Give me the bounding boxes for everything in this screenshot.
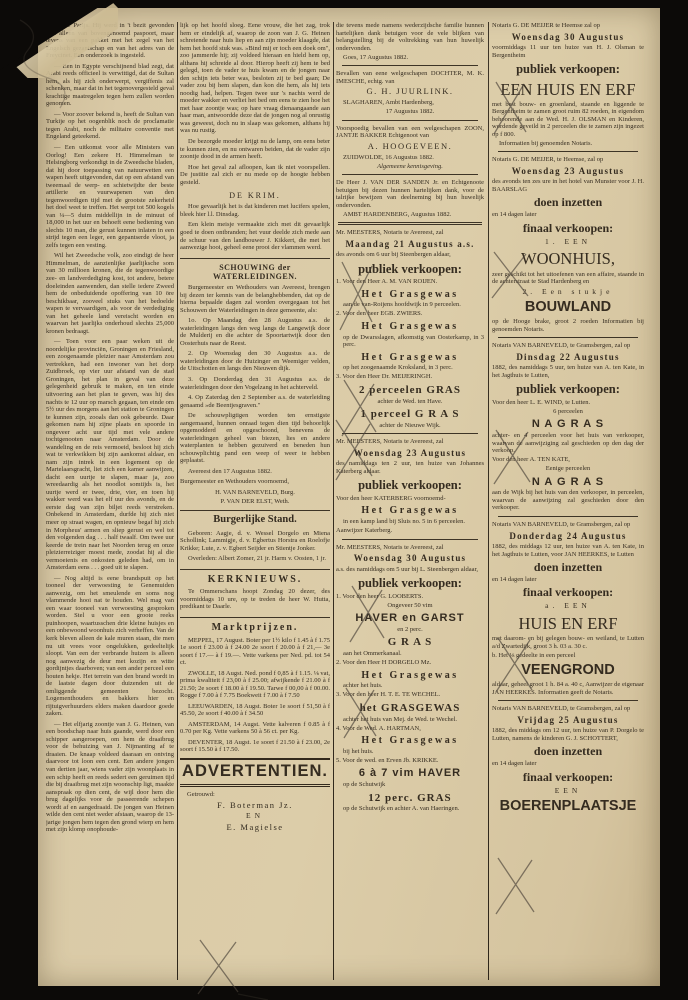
ad-line: 1. EEN bbox=[492, 238, 644, 247]
ad-line: G. H. JUURLINK. bbox=[336, 87, 484, 97]
section-heading: ADVERTENTIEN. bbox=[180, 758, 330, 787]
ad-line: met daarom- en bij gelegen bouw- en weil… bbox=[492, 635, 644, 650]
column-divider bbox=[177, 22, 178, 980]
ad-line: publiek verkoopen: bbox=[336, 262, 484, 277]
advertisement-block: Mr. MEESTERS, Notaris te Avereest, zalWo… bbox=[336, 544, 484, 813]
article-paragraph: Geboren: Aagje, d. v. Wessel Dorgelo en … bbox=[180, 530, 330, 553]
ad-line: 1. Voor den heer G. LOOBERTS. bbox=[336, 593, 484, 601]
advertisement-block: Notaris VAN BARNEVELD, te Gramsbergen, z… bbox=[492, 521, 644, 696]
article-paragraph: — Het elfjarig zoontje van J. G. Heinen,… bbox=[46, 721, 174, 834]
article-paragraph: — Een uitkomst voor alle Ministers van O… bbox=[46, 144, 174, 249]
column-4: Notaris G. DE MEIJER te Heemse zal opWoe… bbox=[492, 22, 644, 980]
ad-line: Woensdag 30 Augustus bbox=[492, 32, 644, 42]
ad-line: EEN HUIS EN ERF bbox=[492, 80, 644, 99]
ad-line: Notaris VAN BARNEVELD, te Gramsbergen, z… bbox=[492, 705, 644, 713]
ad-line: Vrijdag 25 Augustus bbox=[492, 715, 644, 725]
ad-line: Woensdag 23 Augustus bbox=[336, 448, 484, 458]
ad-line: Mr. MEESTERS, Notaris te Avereest, zal bbox=[336, 438, 484, 446]
column-divider bbox=[333, 22, 334, 980]
advertisement-block: Mr. MEESTERS, Notaris te Avereest, zalWo… bbox=[336, 438, 484, 534]
section-heading: DE KRIM. bbox=[180, 191, 330, 200]
ad-line: HAVER en GARST bbox=[336, 612, 484, 625]
ad-line: HUIS EN ERF bbox=[492, 614, 644, 633]
column-3: die tevens mede namens wederzijdsche fam… bbox=[336, 22, 484, 980]
ad-separator-rule bbox=[338, 222, 482, 225]
ad-separator-rule bbox=[342, 433, 478, 434]
ad-line: op de Schutwijk bbox=[336, 781, 484, 789]
article-paragraph: AMSTERDAM, 14 Augst. Vette kalveren f 0.… bbox=[180, 721, 330, 736]
ad-line: Bevallen van eene welgeschapen DOCHTER, … bbox=[336, 70, 484, 85]
advertisement-block: Voorspoedig bevallen van een welgeschape… bbox=[336, 125, 484, 170]
ad-line: Dinsdag 22 Augustus bbox=[492, 352, 644, 362]
article-paragraph: 3. Op Donderdag den 31 Augustus a.s. de … bbox=[180, 376, 330, 391]
column-1: Cercle te Parijs. Hij werd in 't bezit g… bbox=[46, 22, 174, 980]
ad-line: en 14 dagen later bbox=[492, 760, 644, 768]
ad-line: EN bbox=[180, 812, 330, 821]
article-paragraph: — Nog altijd is eene brandspuit op het t… bbox=[46, 575, 174, 718]
ad-line: op het zoogenaamde Kroksland, in 3 perc. bbox=[336, 364, 484, 372]
ad-line: Mr. MEESTERS, Notaris te Avereest, zal bbox=[336, 544, 484, 552]
ad-line: des avonds om 6 uur bij Steenbergen alda… bbox=[336, 251, 484, 259]
ad-line: finaal verkoopen: bbox=[492, 222, 644, 236]
ad-line: 3. Voor den Heer Dr. MEIJERINGH. bbox=[336, 373, 484, 381]
article-paragraph: ZWOLLE, 18 Augst. Ned. pond f 0,85 à f 1… bbox=[180, 670, 330, 700]
ad-line: Notaris VAN BARNEVELD, te Gramsbergen, z… bbox=[492, 342, 644, 350]
ad-line: Notaris VAN BARNEVELD, te Gramsbergen, z… bbox=[492, 521, 644, 529]
article-paragraph: Hoe het geval zal afloopen, kan ik niet … bbox=[180, 164, 330, 187]
ad-line: zeer geschikt tot het uitoefenen van een… bbox=[492, 271, 644, 286]
article-paragraph: — Een in Egypte verschijnend blad zegt, … bbox=[46, 63, 174, 108]
article-paragraph: — Voor zoover bekend is, heeft de Sultan… bbox=[46, 111, 174, 141]
article-paragraph: 4. Op Zaterdag den 2 September a.s. de w… bbox=[180, 394, 330, 409]
ad-line: VEENGROND bbox=[492, 662, 644, 679]
ad-line: 1882, des middags 12 uur, ten huize van … bbox=[492, 543, 644, 558]
ad-line: a.s. des namiddags om 5 uur bij L. Steen… bbox=[336, 566, 484, 574]
article-paragraph: DEVENTER, 18 Augst. 1e soort f 21.50 à f… bbox=[180, 739, 330, 754]
ad-line: b. Het ⅛ gedeelte in een perceel bbox=[492, 652, 644, 660]
ad-line: publiek verkoopen: bbox=[492, 382, 644, 397]
ad-separator-rule bbox=[498, 516, 638, 517]
article-paragraph: 2. Op Woensdag den 30 Augustus a.s. de w… bbox=[180, 350, 330, 373]
ad-line: H. VAN BARNEVELD, Burg. bbox=[180, 489, 330, 497]
ad-line: op de Schutwijk en achter A. van Haering… bbox=[336, 805, 484, 813]
ad-line: publiek verkoopen: bbox=[336, 576, 484, 591]
ad-line: doen inzetten bbox=[492, 561, 644, 575]
ad-separator-rule bbox=[498, 337, 638, 338]
ad-line: P. VAN DER ELST, Weth. bbox=[180, 498, 330, 506]
ad-line: voormiddags 11 uur ten huize van H. J. O… bbox=[492, 44, 644, 59]
ad-line: Maandag 21 Augustus a.s. bbox=[336, 239, 484, 249]
ad-line: publiek verkoopen: bbox=[336, 478, 484, 493]
ad-line: Voor den heer KATERBERG voornoemd- bbox=[336, 495, 484, 503]
ad-line: 12 perc. GRAS bbox=[336, 792, 484, 805]
article-paragraph: Te Ommerschans hoopt Zondag 20 dezer, de… bbox=[180, 588, 330, 611]
ad-line: BOERENPLAATSJE bbox=[492, 798, 644, 815]
ad-line: en 14 dagen later bbox=[492, 576, 644, 584]
ad-line: BOUWLAND bbox=[492, 299, 644, 316]
ad-line: 1. Voor den Heer A. M. VAN ROIJEN. bbox=[336, 278, 484, 286]
ad-line: 4. Voor de Wed. A. HARTMAN, bbox=[336, 725, 484, 733]
ad-line: Het Grasgewas bbox=[336, 505, 484, 517]
ad-line: Getrouwd: bbox=[180, 791, 330, 799]
ad-line: A. HOOGEVEEN. bbox=[336, 142, 484, 152]
column-layout: Cercle te Parijs. Hij werd in 't bezit g… bbox=[46, 22, 656, 980]
advertisement-block: Bevallen van eene welgeschapen DOCHTER, … bbox=[336, 70, 484, 115]
ad-line: die tevens mede namens wederzijdsche fam… bbox=[336, 22, 484, 52]
ad-line: G R A S bbox=[336, 636, 484, 649]
ad-separator-rule bbox=[498, 700, 638, 701]
ad-line: en 2 perc. bbox=[336, 626, 484, 634]
article-paragraph: Hoe gevaarlijk het is dat kinderen met l… bbox=[180, 203, 330, 218]
ad-line: Informatien bij genoemden Notaris. bbox=[492, 140, 644, 148]
advertisement-block: Getrouwd:F. Boterman Jz.ENE. Magielse bbox=[180, 791, 330, 833]
article-paragraph: De schouwpligtigen worden ten ernstigste… bbox=[180, 412, 330, 465]
ad-line: Algemeene kennisgeving. bbox=[336, 163, 484, 171]
ad-separator-rule bbox=[342, 539, 478, 540]
ad-line: aan de Wijk bij het huis van den verkoop… bbox=[492, 489, 644, 512]
ad-line: Voorspoedig bevallen van een welgeschape… bbox=[336, 125, 484, 140]
ad-line: doen inzetten bbox=[492, 745, 644, 759]
ad-line: Het Grasgewas bbox=[336, 289, 484, 301]
advertisement-block: Notaris G. DE MEIJER, te Heemse, zal opW… bbox=[492, 156, 644, 333]
ad-line: aan de van-Roijens hoofdwijk in 9 percee… bbox=[336, 301, 484, 309]
ad-line: 2. Voor den heer EGB. ZWIERS. bbox=[336, 310, 484, 318]
ad-line: 6 perceelen bbox=[492, 408, 644, 416]
ad-line: Het Grasgewas bbox=[336, 670, 484, 682]
ad-line: 2. Voor den Heer H DORGELO Mz. bbox=[336, 659, 484, 667]
ad-line: Voor den heer A. TEN KATE, bbox=[492, 456, 644, 464]
ad-line: N A G R A S bbox=[492, 418, 644, 431]
ad-line: in een kamp land bij Sluis no. 5 in 6 pe… bbox=[336, 518, 484, 526]
ad-line: Notaris G. DE MEIJER, te Heemse, zal op bbox=[492, 156, 644, 164]
ad-line: doen inzetten bbox=[492, 196, 644, 210]
ad-line: 6 à 7 vim HAVER bbox=[336, 767, 484, 780]
ad-line: bij het huis. bbox=[336, 748, 484, 756]
ad-line: Voor den heer L. E. WIND, te Lutten. bbox=[492, 399, 644, 407]
ad-separator-rule bbox=[342, 65, 478, 66]
article-paragraph: Avereest den 17 Augustus 1882. bbox=[180, 468, 330, 476]
ad-line: des avonds ten zes ure in het hotel van … bbox=[492, 178, 644, 193]
ad-line: E. Magielse bbox=[180, 823, 330, 833]
ad-line: aan het Ommerkanaal. bbox=[336, 650, 484, 658]
ad-line: 1882, des namiddags 5 uur, ten huize van… bbox=[492, 364, 644, 379]
ad-line: Donderdag 24 Augustus bbox=[492, 531, 644, 541]
article-paragraph: Burgemeester en Wethouders voornoemd, bbox=[180, 478, 330, 486]
advertisement-block: Notaris VAN BARNEVELD, te Gramsbergen, z… bbox=[492, 705, 644, 815]
ad-line: achter het huis. bbox=[336, 682, 484, 690]
ad-line: 2. Een stukje bbox=[492, 288, 644, 297]
section-heading: SCHOUWING der WATERLEIDINGEN. bbox=[180, 258, 330, 282]
advertisement-block: Notaris VAN BARNEVELD, te Gramsbergen, z… bbox=[492, 342, 644, 512]
ad-line: 17 Augustus 1882. bbox=[336, 108, 484, 116]
article-paragraph: Overleden: Albert Zomer, 21 jr. Harm v. … bbox=[180, 555, 330, 563]
column-divider bbox=[488, 22, 489, 980]
advertisement-block: Mr. MEESTERS, Notaris te Avereest, zalMa… bbox=[336, 229, 484, 429]
ad-line: op de Dwarsslagen, afkomstig van Oosterk… bbox=[336, 334, 484, 349]
ad-line: op de Hooge brake, groot 2 roeden Inform… bbox=[492, 318, 644, 333]
advertisement-block: De Heer J. VAN DER SANDEN Jr. en Echtgen… bbox=[336, 179, 484, 218]
ad-separator-rule bbox=[342, 174, 478, 175]
article-paragraph: — Toen voor een paar weken uit de noorde… bbox=[46, 338, 174, 571]
advertisement-block: die tevens mede namens wederzijdsche fam… bbox=[336, 22, 484, 61]
ad-line: a. EEN bbox=[492, 602, 644, 611]
ad-line: ZUIDWOLDE, 16 Augustus 1882. bbox=[336, 154, 484, 162]
article-paragraph: De bezorgde moeder krijgt nu de lamp, om… bbox=[180, 138, 330, 161]
ad-line: publiek verkoopen: bbox=[492, 62, 644, 77]
newspaper-page: Cercle te Parijs. Hij werd in 't bezit g… bbox=[38, 8, 660, 986]
ad-line: F. Boterman Jz. bbox=[180, 801, 330, 811]
ad-line: SLAGHAREN, Ambt Hardenberg, bbox=[336, 99, 484, 107]
ad-line: Woensdag 30 Augustus bbox=[336, 553, 484, 563]
section-heading: KERKNIEUWS. bbox=[180, 569, 330, 586]
article-paragraph: LEEUWARDEN, 18 Augst. Boter 1e soort f 5… bbox=[180, 703, 330, 718]
ad-line: des namiddags ten 2 uur, ten huize van J… bbox=[336, 460, 484, 475]
column-2: lijk op het hoofd sloeg. Eene vrouw, die… bbox=[180, 22, 330, 980]
ad-line: Ongeveer 50 vim bbox=[336, 602, 484, 610]
ad-line: en 14 dagen later bbox=[492, 211, 644, 219]
ad-line: finaal verkoopen: bbox=[492, 771, 644, 785]
ad-line: achter- en 4 perceelen voor het huis van… bbox=[492, 432, 644, 455]
ad-line: Het Grasgewas bbox=[336, 321, 484, 333]
article-paragraph: Wil het Zweedsche volk, zoo eindigt de h… bbox=[46, 252, 174, 335]
ad-line: AMBT HARDENBERG, Augustus 1882. bbox=[336, 211, 484, 219]
advertisement-block: H. VAN BARNEVELD, Burg.P. VAN DER ELST, … bbox=[180, 489, 330, 506]
ad-line: Het Grasgewas bbox=[336, 735, 484, 747]
ad-line: Notaris G. DE MEIJER te Heemse zal op bbox=[492, 22, 644, 30]
ad-line: N A G R A S bbox=[492, 476, 644, 489]
ad-line: Het Grasgewas bbox=[336, 352, 484, 364]
article-paragraph: Burgemeester en Wethouders van Avereest,… bbox=[180, 284, 330, 314]
ad-line: Mr. MEESTERS, Notaris te Avereest, zal bbox=[336, 229, 484, 237]
article-paragraph: 1o. Op Maandag den 28 Augustus a.s. de w… bbox=[180, 317, 330, 347]
section-heading: Burgerlijke Stand. bbox=[180, 510, 330, 526]
article-paragraph: MEPPEL, 17 August. Boter per 1½ kilo f 1… bbox=[180, 637, 330, 667]
ad-line: Aanwijzer Katerberg. bbox=[336, 527, 484, 535]
section-heading: Marktprijzen. bbox=[180, 617, 330, 634]
ad-line: 5. Voor de wed. en Erven Jb. KRIKKE. bbox=[336, 757, 484, 765]
ad-line: 3. Voor den heer H. T. E. TE WECHEL. bbox=[336, 691, 484, 699]
ad-line: WOONHUIS, bbox=[492, 249, 644, 268]
advertisement-block: Notaris G. DE MEIJER te Heemse zal opWoe… bbox=[492, 22, 644, 147]
ad-separator-rule bbox=[342, 120, 478, 121]
ad-line: achter het huis van Mej. de Wed. te Wech… bbox=[336, 716, 484, 724]
ad-line: 1882, des middags om 12 uur, ten huize v… bbox=[492, 727, 644, 742]
ad-line: met best bouw- en groenland, staande en … bbox=[492, 101, 644, 139]
ad-line: aldaar, geheel groot 1 h. 84 a. 40 c, Aa… bbox=[492, 681, 644, 696]
ad-line: het GRASGEWAS bbox=[336, 702, 484, 715]
ad-line: De Heer J. VAN DER SANDEN Jr. en Echtgen… bbox=[336, 179, 484, 209]
ad-line: Woensdag 23 Augustus bbox=[492, 166, 644, 176]
article-paragraph: Een klein meisje vermaakte zich met dit … bbox=[180, 221, 330, 251]
ad-line: Goes, 17 Augustus 1882. bbox=[336, 54, 484, 62]
ad-line: EEN bbox=[492, 787, 644, 796]
ad-line: achter de Wed. ten Have. bbox=[336, 398, 484, 406]
ad-line: 1 perceel G R A S bbox=[336, 408, 484, 421]
ad-line: finaal verkoopen: bbox=[492, 586, 644, 600]
ad-line: 2 perceelen GRAS bbox=[336, 384, 484, 397]
article-paragraph: lijk op het hoofd sloeg. Eene vrouw, die… bbox=[180, 22, 330, 135]
ad-line: Eenige perceelen bbox=[492, 465, 644, 473]
ad-separator-rule bbox=[498, 151, 638, 152]
ad-line: achter de Nieuwe Wijk. bbox=[336, 422, 484, 430]
